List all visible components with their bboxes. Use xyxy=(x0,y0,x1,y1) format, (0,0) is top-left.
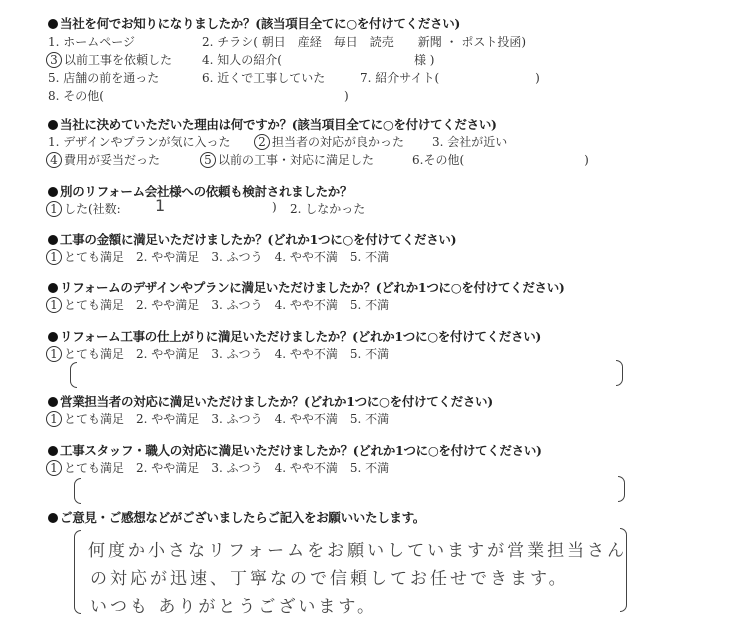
q7-rating[interactable]: 1とても満足 2. やや満足 3. ふつう 4. やや不満 5. 不満 xyxy=(46,410,389,427)
q2-option-2[interactable]: 2担当者の対応が良かった xyxy=(254,133,404,150)
q1-option-8[interactable]: 8. その他( ) xyxy=(48,87,349,104)
q1-option-7[interactable]: 7. 紹介サイト( ) xyxy=(360,69,540,86)
q2-option-3[interactable]: 3. 会社が近い xyxy=(432,133,507,150)
q5-rating[interactable]: 1とても満足 2. やや満足 3. ふつう 4. やや不満 5. 不満 xyxy=(46,296,389,313)
bullet-icon xyxy=(48,397,58,407)
selected-circle: 1 xyxy=(46,411,62,427)
q1-option-3[interactable]: 3以前工事を依頼した xyxy=(46,51,172,68)
q2-option-1[interactable]: 1. デザインやプランが気に入った xyxy=(48,133,230,150)
q6-comment-bracket-left xyxy=(70,362,77,388)
q4-title: 工事の金額に満足いただけましたか？(どれか1つに○を付けてください) xyxy=(48,230,456,248)
q3-option-2[interactable]: 2. しなかった xyxy=(290,200,365,217)
q1-option-5[interactable]: 5. 店舗の前を通った xyxy=(48,69,159,86)
q1-option-1[interactable]: 1. ホームページ xyxy=(48,33,135,50)
bullet-icon xyxy=(48,513,58,523)
selected-circle: 1 xyxy=(46,297,62,313)
selected-circle: 1 xyxy=(46,201,62,217)
q3-close-paren: ) xyxy=(272,200,277,214)
selected-circle: 1 xyxy=(46,346,62,362)
q9-title: ご意見・ご感想などがございましたらご記入をお願いいたします。 xyxy=(48,508,425,526)
selected-circle: 1 xyxy=(46,249,62,265)
bullet-icon xyxy=(48,283,58,293)
selected-circle: 2 xyxy=(254,134,270,150)
comment-line-2: の対応が迅速、丁寧なので信頼してお任せできます。 xyxy=(90,564,569,589)
q2-option-6[interactable]: 6.その他( ) xyxy=(412,151,589,168)
comment-line-3: いつも ありがとうございます。 xyxy=(90,592,377,617)
q6-rating[interactable]: 1とても満足 2. やや満足 3. ふつう 4. やや不満 5. 不満 xyxy=(46,345,389,362)
q1-option-2[interactable]: 2. チラシ( 朝日 産経 毎日 読売 新聞 ・ ポスト投函) xyxy=(202,33,526,50)
comment-line-1: 何度か小さなリフォームをお願いしていますが営業担当さん xyxy=(88,536,627,561)
q2-title: 当社に決めていただいた理由は何ですか？(該当項目全てに○を付けてください) xyxy=(48,115,497,133)
q1-option-6[interactable]: 6. 近くで工事していた xyxy=(202,69,325,86)
selected-circle: 5 xyxy=(200,152,216,168)
q3-title: 別のリフォーム会社様への依頼も検討されましたか？ xyxy=(48,182,352,200)
q8-title: 工事スタッフ・職人の対応に満足いただけましたか？(どれか1つに○を付けてください… xyxy=(48,441,542,459)
handwritten-company-count: 1 xyxy=(155,196,165,215)
q1-title: 当社を何でお知りになりましたか？(該当項目全てに○を付けてください) xyxy=(48,14,460,32)
q7-title: 営業担当者の対応に満足いただけましたか？(どれか1つに○を付けてください) xyxy=(48,392,493,410)
selected-circle: 1 xyxy=(46,460,62,476)
bullet-icon xyxy=(48,19,58,29)
q6-title: リフォーム工事の仕上がりに満足いただけましたか？(どれか1つに○を付けてください… xyxy=(48,327,541,345)
q6-comment-bracket-right xyxy=(616,360,623,386)
q8-comment-field[interactable] xyxy=(84,478,618,502)
q1-option-4[interactable]: 4. 知人の紹介( 様 ) xyxy=(202,51,434,68)
q2-option-4[interactable]: 4費用が妥当だった xyxy=(46,151,160,168)
q4-rating[interactable]: 1とても満足 2. やや満足 3. ふつう 4. やや不満 5. 不満 xyxy=(46,248,389,265)
q8-rating[interactable]: 1とても満足 2. やや満足 3. ふつう 4. やや不満 5. 不満 xyxy=(46,459,389,476)
bullet-icon xyxy=(48,187,58,197)
q9-comment-field[interactable]: 何度か小さなリフォームをお願いしていますが営業担当さん の対応が迅速、丁寧なので… xyxy=(84,530,618,614)
q8-comment-bracket-left xyxy=(74,478,81,504)
q8-comment-bracket-right xyxy=(618,476,625,502)
bullet-icon xyxy=(48,120,58,130)
q9-comment-bracket-left xyxy=(74,530,81,614)
bullet-icon xyxy=(48,332,58,342)
q6-comment-field[interactable] xyxy=(80,362,616,386)
selected-circle: 3 xyxy=(46,52,62,68)
selected-circle: 4 xyxy=(46,152,62,168)
q5-title: リフォームのデザインやプランに満足いただけましたか？(どれか1つに○を付けてくだ… xyxy=(48,278,565,296)
q3-option-1[interactable]: 1した(社数: xyxy=(46,200,121,217)
q2-option-5[interactable]: 5以前の工事・対応に満足した xyxy=(200,151,374,168)
bullet-icon xyxy=(48,235,58,245)
bullet-icon xyxy=(48,446,58,456)
